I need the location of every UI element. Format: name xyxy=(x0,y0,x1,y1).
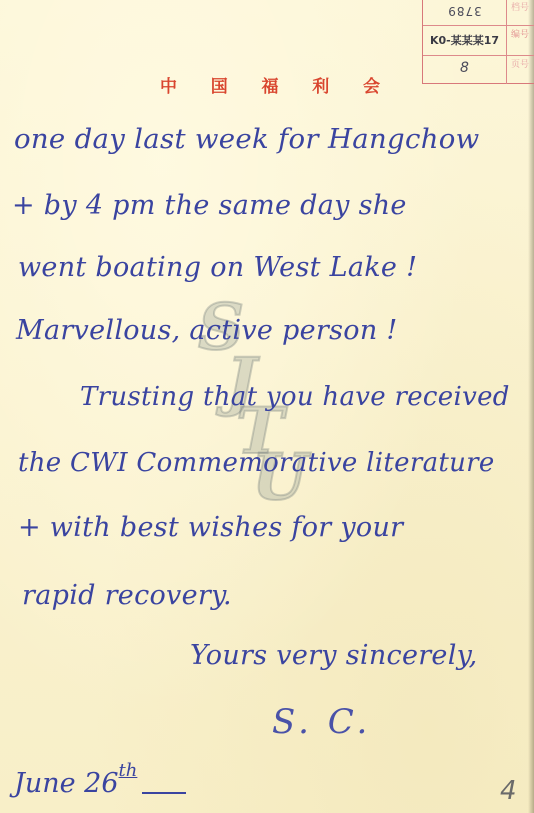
letterhead-char: 利 xyxy=(312,72,329,97)
stamp-catalog-entry: K0-某某某17 xyxy=(423,32,506,48)
letter-body-line: + with best wishes for your xyxy=(18,512,403,543)
letter-body-line: + by 4 pm the same day she xyxy=(12,190,407,221)
letterhead-char: 福 xyxy=(262,72,279,97)
stamp-label-1: 档号 xyxy=(509,3,531,13)
signature: S. C. xyxy=(272,702,371,742)
letter-date: June 26th xyxy=(14,766,137,799)
letterhead-char: 会 xyxy=(363,72,380,97)
stamp-archive-number: 3789 xyxy=(423,4,506,18)
letterhead-char: 国 xyxy=(211,72,228,97)
letter-body-line: one day last week for Hangchow xyxy=(14,124,480,155)
page-number: 4 xyxy=(500,776,517,806)
date-underline xyxy=(142,792,186,794)
letter-body-line: Trusting that you have received xyxy=(80,382,510,412)
date-suffix: th xyxy=(119,760,138,781)
letter-closing: Yours very sincerely, xyxy=(190,640,478,671)
archival-stamp: 3789 K0-某某某17 8 档号 编号 页号 xyxy=(422,0,534,84)
stamp-label-3: 页号 xyxy=(509,60,531,70)
letter-body-line: Marvellous, active person ! xyxy=(16,315,398,346)
date-text: June 26 xyxy=(14,768,119,799)
letterhead-title: 中 国 福 利 会 xyxy=(160,72,380,97)
stamp-divider xyxy=(506,0,507,84)
stamp-label-2: 编号 xyxy=(509,30,531,40)
letter-body-line: rapid recovery. xyxy=(22,580,232,611)
letter-body-line: the CWI Commemorative literature xyxy=(18,448,495,478)
stamp-item-number: 8 xyxy=(423,60,506,76)
paper-edge-shadow xyxy=(528,0,534,813)
letterhead-char: 中 xyxy=(160,72,177,97)
letter-body-line: went boating on West Lake ! xyxy=(18,252,417,283)
